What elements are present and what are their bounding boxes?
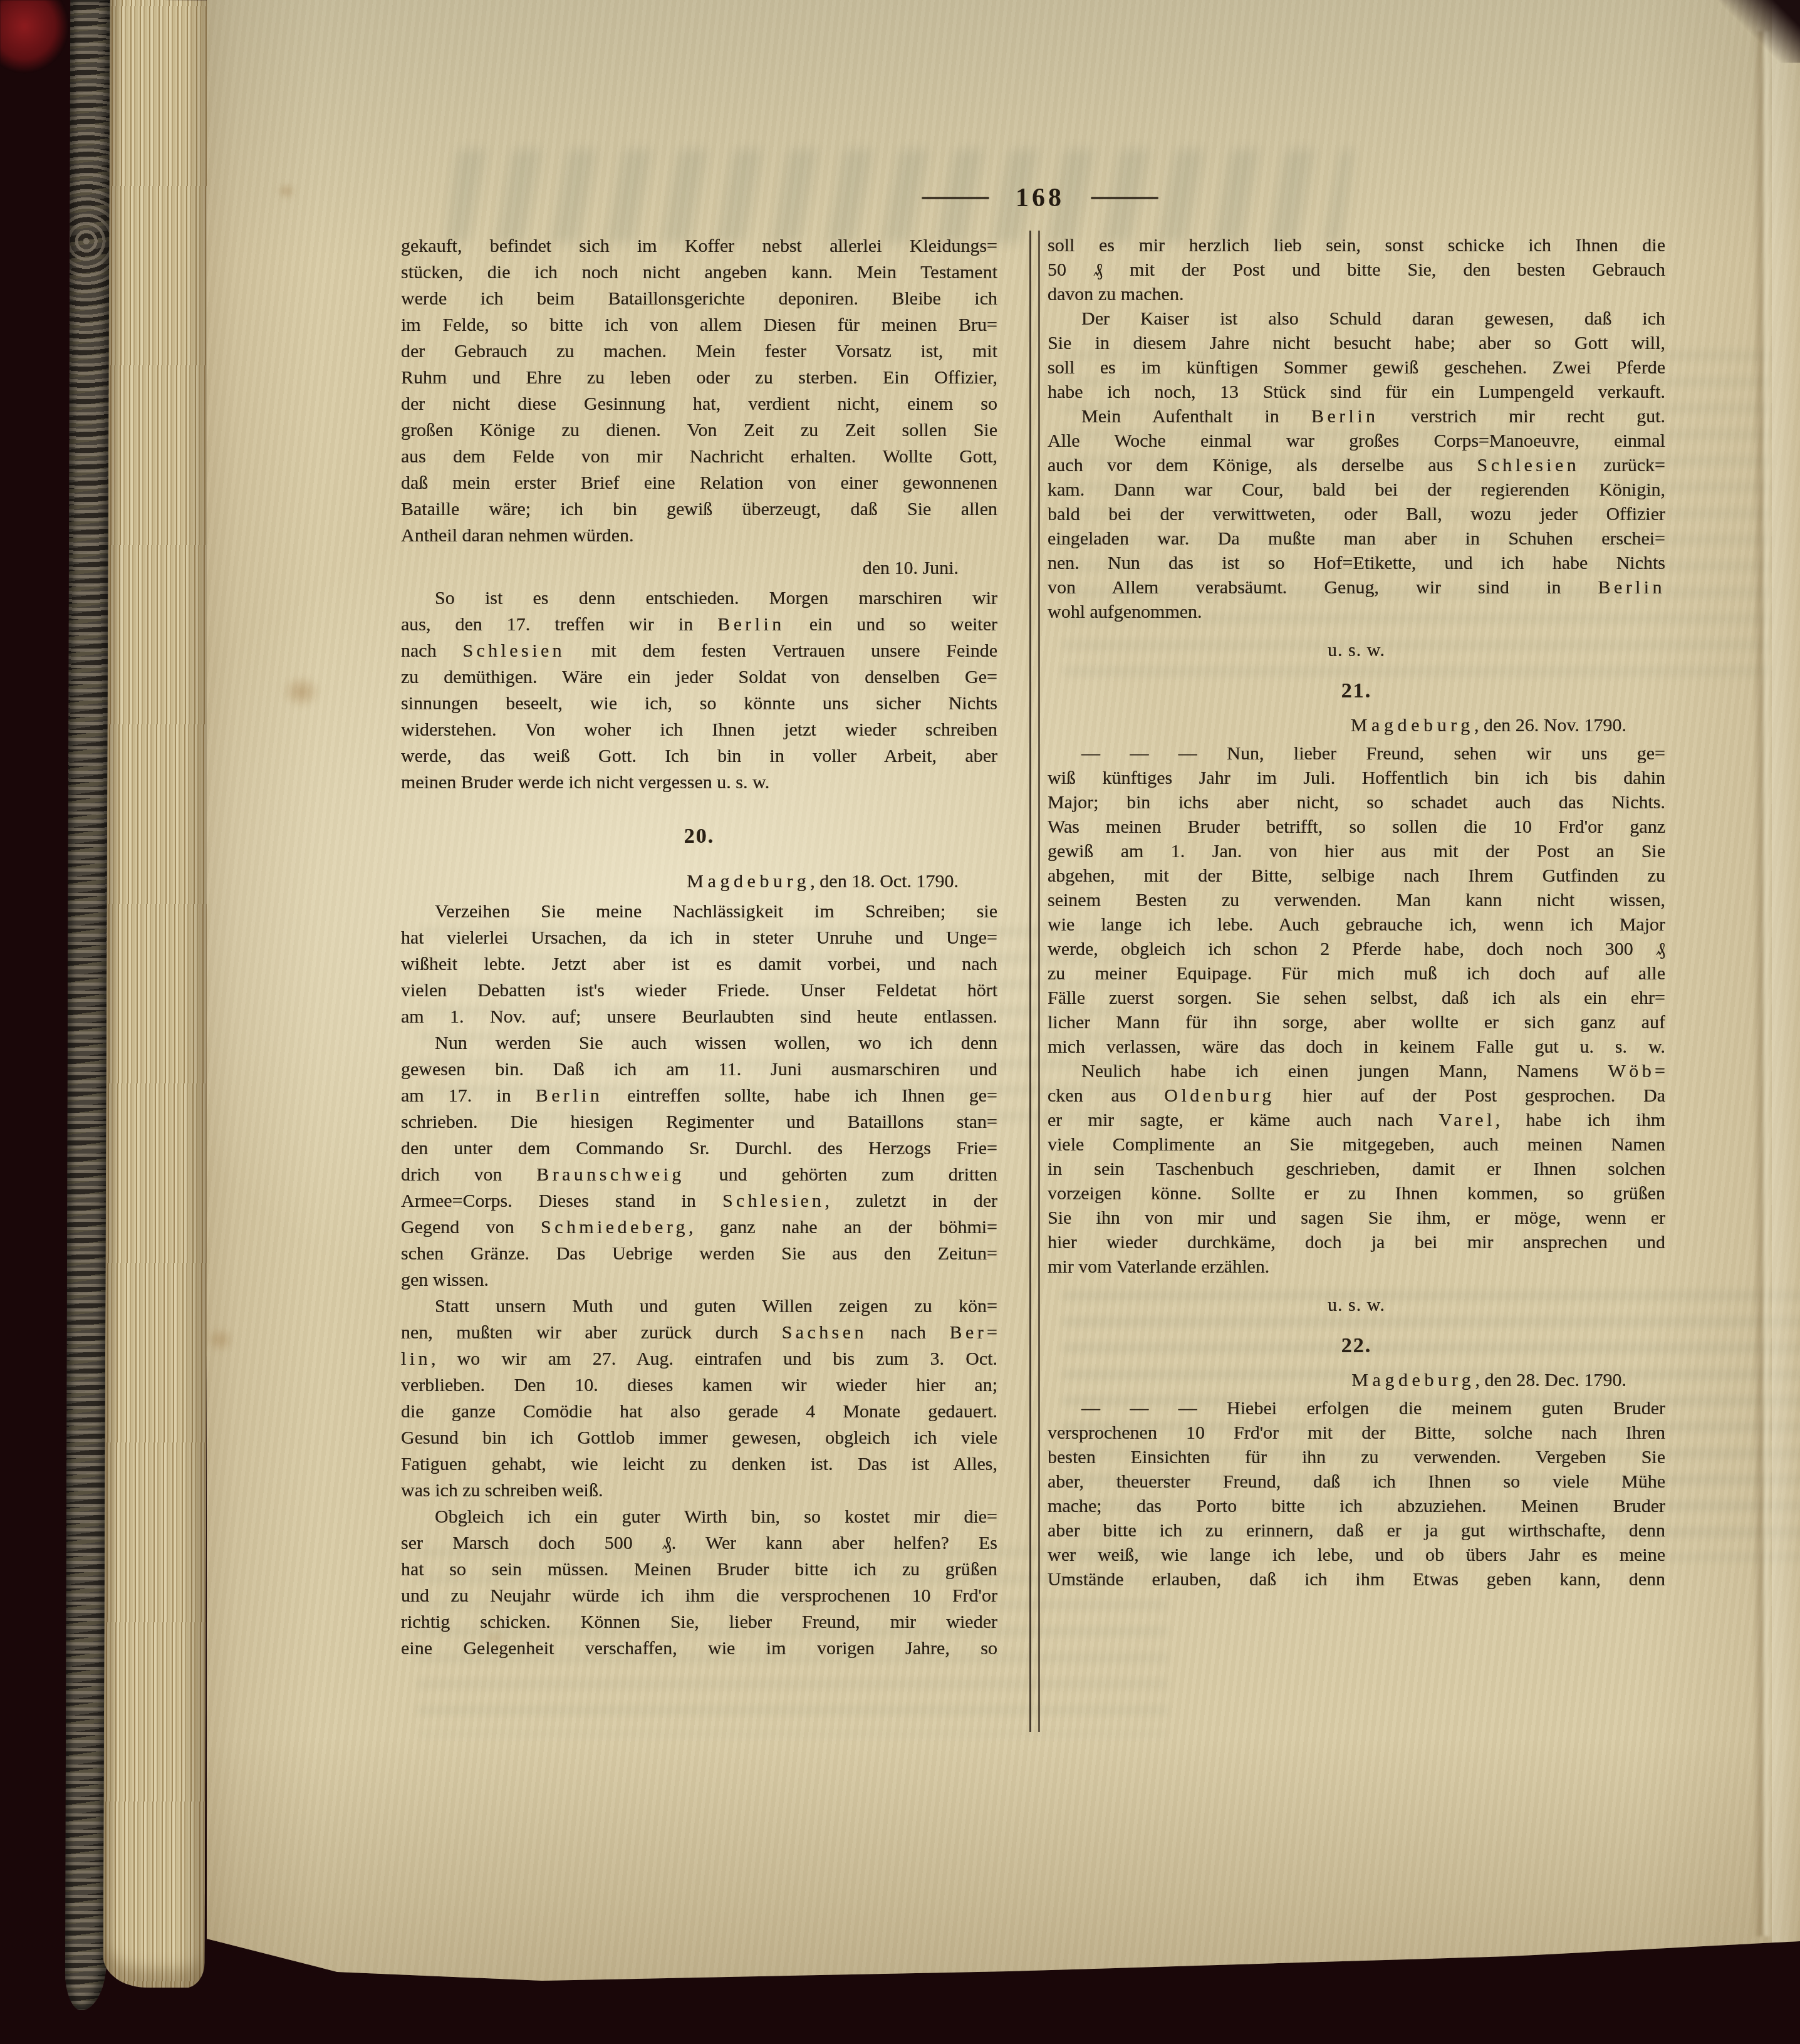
page-crease bbox=[1753, 31, 1772, 1936]
letter-number-heading: 22. bbox=[1048, 1333, 1665, 1358]
text-line: eingeladen war. Da mußte man aber in Sch… bbox=[1048, 526, 1665, 551]
header-rule-right bbox=[1091, 197, 1158, 199]
text-line: hat vielerlei Ursachen, da ich in steter… bbox=[401, 925, 997, 951]
letterspaced-word: Berlin bbox=[1311, 406, 1378, 427]
letter-paragraph: gekauft, befindet sich im Koffer nebst a… bbox=[401, 233, 997, 549]
text-line: nen, mußten wir aber zurück durch Sachse… bbox=[401, 1320, 997, 1346]
text-line: seinem Besten zu verwenden. Man kann nic… bbox=[1048, 888, 1665, 912]
text-line: abgehen, mit der Bitte, selbige nach Ihr… bbox=[1048, 863, 1665, 888]
text-line: der Gebrauch zu machen. Mein fester Vors… bbox=[401, 338, 997, 365]
text-line: aus, den 17. treffen wir in Berlin ein u… bbox=[401, 612, 997, 638]
text-line: hier wieder durchkäme, doch ja bei mir a… bbox=[1048, 1230, 1665, 1254]
gutter-highlight bbox=[1772, 0, 1800, 1942]
page-stack-edges bbox=[103, 0, 211, 1988]
text-line: Verzeihen Sie meine Nachlässigkeit im Sc… bbox=[401, 899, 997, 925]
text-line: Obgleich ich ein guter Wirth bin, so kos… bbox=[401, 1504, 997, 1530]
text-line: cken aus Oldenburg hier auf der Post ges… bbox=[1048, 1083, 1665, 1108]
dateline-date: , den 18. Oct. 1790. bbox=[810, 871, 959, 892]
text-line: 50 ₰ mit der Post und bitte Sie, den bes… bbox=[1048, 258, 1665, 282]
text-line: schrieben. Die hiesigen Regimenter und B… bbox=[401, 1109, 997, 1135]
text-line: aber, theuerster Freund, daß ich Ihnen s… bbox=[1048, 1469, 1665, 1494]
text-line: am 17. in Berlin eintreffen sollte, habe… bbox=[401, 1083, 997, 1109]
letter-paragraph: Mein Aufenthalt in Berlin verstrich mir … bbox=[1048, 404, 1665, 624]
dateline-city: Magdeburg bbox=[1351, 1370, 1475, 1390]
text-line: gewesen bin. Daß ich am 11. Juni ausmars… bbox=[401, 1056, 997, 1083]
letterspaced-word: Oldenburg bbox=[1164, 1085, 1274, 1106]
text-line: er mir sagte, er käme auch nach Varel, h… bbox=[1048, 1108, 1665, 1132]
text-line: daß mein erster Brief eine Relation von … bbox=[401, 470, 997, 496]
text-line: — — — Nun, lieber Freund, sehen wir uns … bbox=[1048, 741, 1665, 766]
text-line: wißheit lebte. Jetzt aber ist es damit v… bbox=[401, 951, 997, 978]
text-line: Bataille wäre; ich bin gewiß überzeugt, … bbox=[401, 496, 997, 523]
foxing-stain bbox=[205, 1327, 234, 1352]
text-line: werde, das weiß Gott. Ich bin in voller … bbox=[401, 743, 997, 769]
text-line: lin, wo wir am 27. Aug. eintrafen und bi… bbox=[401, 1346, 997, 1372]
letter-paragraph: Obgleich ich ein guter Wirth bin, so kos… bbox=[401, 1504, 997, 1662]
text-line: eine Gelegenheit verschaffen, wie im vor… bbox=[401, 1635, 997, 1662]
text-line: auch vor dem Könige, als derselbe aus Sc… bbox=[1048, 453, 1665, 477]
text-line: den unter dem Commando Sr. Durchl. des H… bbox=[401, 1135, 997, 1162]
right-text-column: soll es mir herzlich lieb sein, sonst sc… bbox=[1048, 233, 1665, 1592]
text-line: Der Kaiser ist also Schuld daran gewesen… bbox=[1048, 306, 1665, 331]
text-line: Umstände erlauben, daß ich ihm Etwas geb… bbox=[1048, 1567, 1665, 1592]
text-line: wer weiß, wie lange ich lebe, und ob übe… bbox=[1048, 1543, 1665, 1567]
text-line: von Allem verabsäumt. Genug, wir sind in… bbox=[1048, 575, 1665, 600]
letter-number-heading: 21. bbox=[1048, 679, 1665, 703]
text-line: zu meiner Equipage. Für mich muß ich doc… bbox=[1048, 961, 1665, 986]
dateline-date: den 10. Juni. bbox=[863, 558, 959, 578]
letter-paragraph: Statt unsern Muth und guten Willen zeige… bbox=[401, 1293, 997, 1504]
text-line: kam. Dann war Cour, bald bei der regiere… bbox=[1048, 477, 1665, 502]
letterspaced-word: Schlesien bbox=[462, 640, 565, 661]
column-divider-rule bbox=[1029, 231, 1040, 1732]
letter-paragraph: Nun werden Sie auch wissen wollen, wo ic… bbox=[401, 1030, 997, 1293]
text-line: Alle Woche einmal war großes Corps=Manoe… bbox=[1048, 429, 1665, 453]
text-line: hat so sein müssen. Meinen Bruder bitte … bbox=[401, 1556, 997, 1583]
foxing-stain bbox=[282, 675, 321, 708]
letter-dateline: den 10. Juni. bbox=[401, 555, 997, 581]
text-line: Was meinen Bruder betrifft, so sollen di… bbox=[1048, 815, 1665, 839]
text-line: Fälle zuerst sorgen. Sie sehen selbst, d… bbox=[1048, 986, 1665, 1010]
text-line: sinnungen beseelt, wie ich, so könnte un… bbox=[401, 691, 997, 717]
letterspaced-word: Schlesien bbox=[722, 1191, 825, 1211]
text-line: Armee=Corps. Dieses stand in Schlesien, … bbox=[401, 1188, 997, 1214]
dateline-city: Magdeburg bbox=[1351, 715, 1474, 736]
letterspaced-word: Sachsen bbox=[782, 1322, 867, 1343]
text-line: was ich zu schreiben weiß. bbox=[401, 1478, 997, 1504]
text-line: nach Schlesien mit dem festen Vertrauen … bbox=[401, 638, 997, 664]
text-line: Mein Aufenthalt in Berlin verstrich mir … bbox=[1048, 404, 1665, 429]
text-line: gewiß am 1. Jan. von hier aus mit der Po… bbox=[1048, 839, 1665, 863]
page-number: 168 bbox=[1016, 183, 1064, 213]
letter-dateline: Magdeburg, den 26. Nov. 1790. bbox=[1048, 713, 1665, 738]
letterspaced-word: Berlin bbox=[536, 1085, 603, 1106]
text-line: mir vom Vaterlande erzählen. bbox=[1048, 1254, 1665, 1279]
text-line: wiß künftiges Jahr im Juli. Hoffentlich … bbox=[1048, 766, 1665, 790]
letter-paragraph: So ist es denn entschieden. Morgen marsc… bbox=[401, 585, 997, 796]
page-header: 168 bbox=[846, 183, 1234, 213]
text-line: vorzeigen könne. Sollte er zu Ihnen komm… bbox=[1048, 1181, 1665, 1206]
letter-dateline: Magdeburg, den 28. Dec. 1790. bbox=[1048, 1368, 1665, 1392]
text-line: besten Einsichten für ihn zu verwenden. … bbox=[1048, 1445, 1665, 1469]
letter-paragraph: soll es mir herzlich lieb sein, sonst sc… bbox=[1048, 233, 1665, 306]
left-text-column: gekauft, befindet sich im Koffer nebst a… bbox=[401, 233, 997, 1662]
text-line: aber bitte ich zu erinnern, daß er ja gu… bbox=[1048, 1518, 1665, 1543]
foxing-stain bbox=[277, 183, 296, 199]
book-page: 168 gekauft, befindet sich im Koffer neb… bbox=[188, 0, 1800, 2044]
letter-paragraph: — — — Hiebei erfolgen die meinem guten B… bbox=[1048, 1396, 1665, 1592]
text-line: Sie in diesem Jahre nicht besucht habe; … bbox=[1048, 331, 1665, 355]
text-line: Statt unsern Muth und guten Willen zeige… bbox=[401, 1293, 997, 1320]
text-line: und zu Neujahr würde ich ihm die verspro… bbox=[401, 1583, 997, 1609]
text-line: soll es im künftigen Sommer gewiß gesche… bbox=[1048, 355, 1665, 380]
header-rule-left bbox=[922, 197, 989, 199]
text-line: wohl aufgenommen. bbox=[1048, 600, 1665, 624]
text-line: meinen Bruder werde ich nicht vergessen … bbox=[401, 769, 997, 796]
text-line: Nun werden Sie auch wissen wollen, wo ic… bbox=[401, 1030, 997, 1056]
text-line: widerstehen. Von woher ich Ihnen jetzt w… bbox=[401, 717, 997, 743]
text-line: Ruhm und Ehre zu leben oder zu sterben. … bbox=[401, 365, 997, 391]
text-line: mache; das Porto bitte ich abzuziehen. M… bbox=[1048, 1494, 1665, 1518]
text-line: die ganze Comödie hat also gerade 4 Mona… bbox=[401, 1399, 997, 1425]
text-line: — — — Hiebei erfolgen die meinem guten B… bbox=[1048, 1396, 1665, 1421]
text-line: habe ich noch, 13 Stück sind für ein Lum… bbox=[1048, 380, 1665, 404]
text-line: nen. Nun das ist so Hof=Etikette, und ic… bbox=[1048, 551, 1665, 575]
text-line: gekauft, befindet sich im Koffer nebst a… bbox=[401, 233, 997, 259]
text-line: vielen Debatten ist's wieder Friede. Uns… bbox=[401, 978, 997, 1004]
book-scan: 168 gekauft, befindet sich im Koffer neb… bbox=[0, 0, 1800, 2044]
letterspaced-word: Schlesien bbox=[1477, 455, 1580, 476]
text-line: großen Könige zu dienen. Von Zeit zu Zei… bbox=[401, 417, 997, 444]
cover-spine-red-corner bbox=[0, 0, 81, 94]
letter-paragraph: — — — Nun, lieber Freund, sehen wir uns … bbox=[1048, 741, 1665, 1059]
letterspaced-word: Schmiedeberg bbox=[541, 1217, 689, 1238]
letter-dateline: Magdeburg, den 18. Oct. 1790. bbox=[401, 868, 997, 895]
text-line: im Felde, so bitte ich von allem Diesen … bbox=[401, 312, 997, 338]
text-line: stücken, die ich noch nicht angeben kann… bbox=[401, 259, 997, 286]
text-line: drich von Braunschweig und gehörten zum … bbox=[401, 1162, 997, 1188]
text-line: der nicht diese Gesinnung hat, verdient … bbox=[401, 391, 997, 417]
letterspaced-word: Varel bbox=[1438, 1110, 1495, 1130]
text-line: davon zu machen. bbox=[1048, 282, 1665, 306]
dateline-date: , den 28. Dec. 1790. bbox=[1475, 1370, 1626, 1390]
text-line: Gegend von Schmiedeberg, ganz nahe an de… bbox=[401, 1214, 997, 1241]
text-line: viele Complimente an Sie mitgegeben, auc… bbox=[1048, 1132, 1665, 1157]
text-line: werde, obgleich ich schon 2 Pferde habe,… bbox=[1048, 937, 1665, 961]
text-line: am 1. Nov. auf; unsere Beurlaubten sind … bbox=[401, 1004, 997, 1030]
text-line: So ist es denn entschieden. Morgen marsc… bbox=[401, 585, 997, 612]
letterspaced-word: Berlin bbox=[717, 614, 784, 635]
text-line: verblieben. Den 10. dieses kamen wir wie… bbox=[401, 1372, 997, 1399]
letter-paragraph: Der Kaiser ist also Schuld daran gewesen… bbox=[1048, 306, 1665, 404]
letterspaced-word: Wöb bbox=[1608, 1061, 1655, 1082]
text-line: bald bei der verwittweten, oder Ball, wo… bbox=[1048, 502, 1665, 526]
letterspaced-word: lin bbox=[401, 1348, 431, 1369]
text-line: mich verlassen, wäre das doch in keinem … bbox=[1048, 1035, 1665, 1059]
etc-abbreviation: u. s. w. bbox=[1048, 638, 1665, 662]
text-line: richtig schicken. Können Sie, lieber Fre… bbox=[401, 1609, 997, 1635]
letterspaced-word: Braunschweig bbox=[536, 1164, 684, 1185]
text-line: wie lange ich lebe. Auch gebrauche ich, … bbox=[1048, 912, 1665, 937]
text-line: Gesund bin ich Gottlob immer gewesen, ob… bbox=[401, 1425, 997, 1451]
text-line: schen Gränze. Das Uebrige werden Sie aus… bbox=[401, 1241, 997, 1267]
text-line: versprochenen 10 Frd'or mit der Bitte, s… bbox=[1048, 1421, 1665, 1445]
text-line: zu demüthigen. Wäre ein jeder Soldat von… bbox=[401, 664, 997, 691]
text-line: aus dem Felde von mir Nachricht erhalten… bbox=[401, 444, 997, 470]
letter-paragraph: Verzeihen Sie meine Nachlässigkeit im Sc… bbox=[401, 899, 997, 1030]
letter-paragraph: Neulich habe ich einen jungen Mann, Name… bbox=[1048, 1059, 1665, 1279]
text-line: Neulich habe ich einen jungen Mann, Name… bbox=[1048, 1059, 1665, 1083]
letterspaced-word: Ber bbox=[950, 1322, 987, 1343]
text-line: in sein Taschenbuch geschrieben, damit e… bbox=[1048, 1157, 1665, 1181]
dateline-city: Magdeburg bbox=[687, 871, 810, 892]
top-right-shadow-corner bbox=[1719, 0, 1800, 63]
text-line: Antheil daran nehmen würden. bbox=[401, 523, 997, 549]
text-line: Major; bin ichs aber nicht, so schadet a… bbox=[1048, 790, 1665, 815]
text-line: Sie ihn von mir und sagen Sie ihm, er mö… bbox=[1048, 1206, 1665, 1230]
text-line: soll es mir herzlich lieb sein, sonst sc… bbox=[1048, 233, 1665, 258]
dateline-date: , den 26. Nov. 1790. bbox=[1474, 715, 1626, 736]
letterspaced-word: Berlin bbox=[1598, 577, 1665, 598]
text-line: licher Mann für ihn sorge, aber wollte e… bbox=[1048, 1010, 1665, 1035]
text-line: gen wissen. bbox=[401, 1267, 997, 1293]
text-line: ser Marsch doch 500 ₰. Wer kann aber hel… bbox=[401, 1530, 997, 1556]
text-line: Fatiguen gehabt, wie leicht zu denken is… bbox=[401, 1451, 997, 1478]
letter-number-heading: 20. bbox=[401, 823, 997, 850]
etc-abbreviation: u. s. w. bbox=[1048, 1293, 1665, 1317]
text-line: werde ich beim Bataillonsgerichte deponi… bbox=[401, 286, 997, 312]
